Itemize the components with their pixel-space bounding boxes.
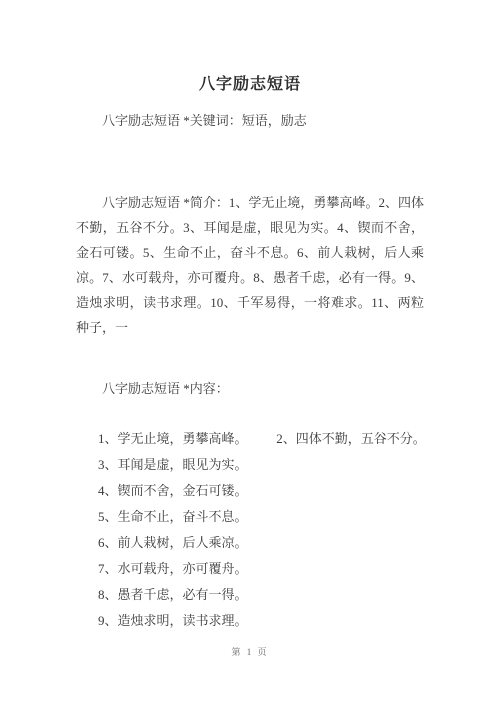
phrase-list: 1、学无止境，勇攀高峰。 2、四体不勤，五谷不分。 3、耳闻是虚，眼见为实。 4…: [98, 426, 460, 634]
list-row: 8、愚者千虑，必有一得。: [98, 582, 460, 608]
list-item: 8、愚者千虑，必有一得。: [98, 587, 248, 602]
list-row: 4、锲而不舍，金石可镂。: [98, 478, 460, 504]
list-item: 5、生命不止，奋斗不息。: [98, 509, 248, 524]
page-number: 第 1 页: [0, 645, 500, 658]
page-title: 八字励志短语: [0, 71, 500, 94]
list-item: 4、锲而不舍，金石可镂。: [98, 483, 248, 498]
keywords-line: 八字励志短语 *关键词：短语，励志: [102, 113, 307, 129]
list-item: 2、四体不勤，五谷不分。: [276, 431, 426, 446]
list-row: 1、学无止境，勇攀高峰。 2、四体不勤，五谷不分。: [98, 426, 460, 452]
list-item: 6、前人栽树，后人乘凉。: [98, 535, 248, 550]
intro-paragraph: 八字励志短语 *简介：1、学无止境，勇攀高峰。2、四体不勤，五谷不分。3、耳闻是…: [76, 190, 424, 340]
list-item: 3、耳闻是虚，眼见为实。: [98, 457, 248, 472]
list-item: 1、学无止境，勇攀高峰。: [98, 426, 273, 452]
content-heading: 八字励志短语 *内容：: [102, 381, 229, 397]
list-row: 7、水可载舟，亦可覆舟。: [98, 556, 460, 582]
list-item: 9、造烛求明，读书求理。: [98, 613, 248, 628]
list-row: 6、前人栽树，后人乘凉。: [98, 530, 460, 556]
list-row: 9、造烛求明，读书求理。: [98, 608, 460, 634]
list-row: 3、耳闻是虚，眼见为实。: [98, 452, 460, 478]
list-row: 5、生命不止，奋斗不息。: [98, 504, 460, 530]
list-item: 7、水可载舟，亦可覆舟。: [98, 561, 248, 576]
document-page: 八字励志短语 八字励志短语 *关键词：短语，励志 八字励志短语 *简介：1、学无…: [0, 0, 500, 708]
